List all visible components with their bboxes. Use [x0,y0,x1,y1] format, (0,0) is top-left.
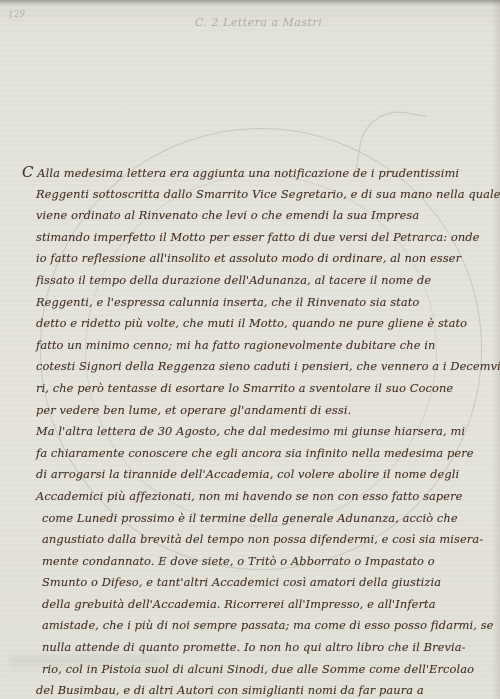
manuscript-line: Ma l'altra lettera de 30 Agosto, che dal… [22,421,497,443]
page-top-edge [0,0,500,5]
manuscript-line: Reggenti, e l'espressa calunnia inserta,… [22,292,497,314]
manuscript-line: di arrogarsi la tirannide dell'Accademia… [22,464,497,486]
manuscript-line: Reggenti sottoscritta dallo Smarrito Vic… [22,184,497,206]
manuscript-line: fissato il tempo della durazione dell'Ad… [22,270,497,292]
manuscript-line: della grebuità dell'Accademia. Ricorrere… [22,594,497,616]
manuscript-line: come Lunedi prossimo è il termine della … [22,508,497,530]
manuscript-line: amistade, che i più di noi sempre passat… [22,615,497,637]
manuscript-line: del Busimbau, e di altri Autori con simi… [22,680,497,699]
manuscript-line: detto e ridetto più volte, che muti il M… [22,313,497,335]
manuscript-line: Smunto o Difeso, e tant'altri Accademici… [22,572,497,594]
manuscript-line: per vedere ben lume, et operare gl'andam… [22,400,497,422]
manuscript-line: fatto un minimo cenno; mi ha fatto ragio… [22,335,497,357]
handwritten-text-block: C Alla medesima lettera era aggiunta una… [22,162,497,699]
faded-header-note: C. 2 Lettera a Mastri [195,16,322,29]
manuscript-line: ri, che però tentasse di esortare lo Sma… [22,378,497,400]
manuscript-line: viene ordinato al Rinvenato che levi o c… [22,205,497,227]
manuscript-line: angustiato dalla brevità del tempo non p… [22,529,497,551]
manuscript-line: Accademici più affezionati, non mi haven… [22,486,497,508]
folio-number: 129 [8,9,26,20]
manuscript-line: mente condannato. E dove siete, o Tritò … [22,551,497,573]
manuscript-line: stimando imperfetto il Motto per esser f… [22,227,497,249]
manuscript-line: io fatto reflessione all'insolito et ass… [22,248,497,270]
manuscript-line: fa chiaramente conoscere che egli ancora… [22,443,497,465]
manuscript-line: cotesti Signori della Reggenza sieno cad… [22,356,497,378]
manuscript-line: rio, col in Pistoia suol di alcuni Sinod… [22,659,497,681]
manuscript-page: 129 C. 2 Lettera a Mastri C Alla medesim… [0,0,500,699]
manuscript-line: C Alla medesima lettera era aggiunta una… [22,162,497,184]
manuscript-line: nulla attende di quanto promette. Io non… [22,637,497,659]
